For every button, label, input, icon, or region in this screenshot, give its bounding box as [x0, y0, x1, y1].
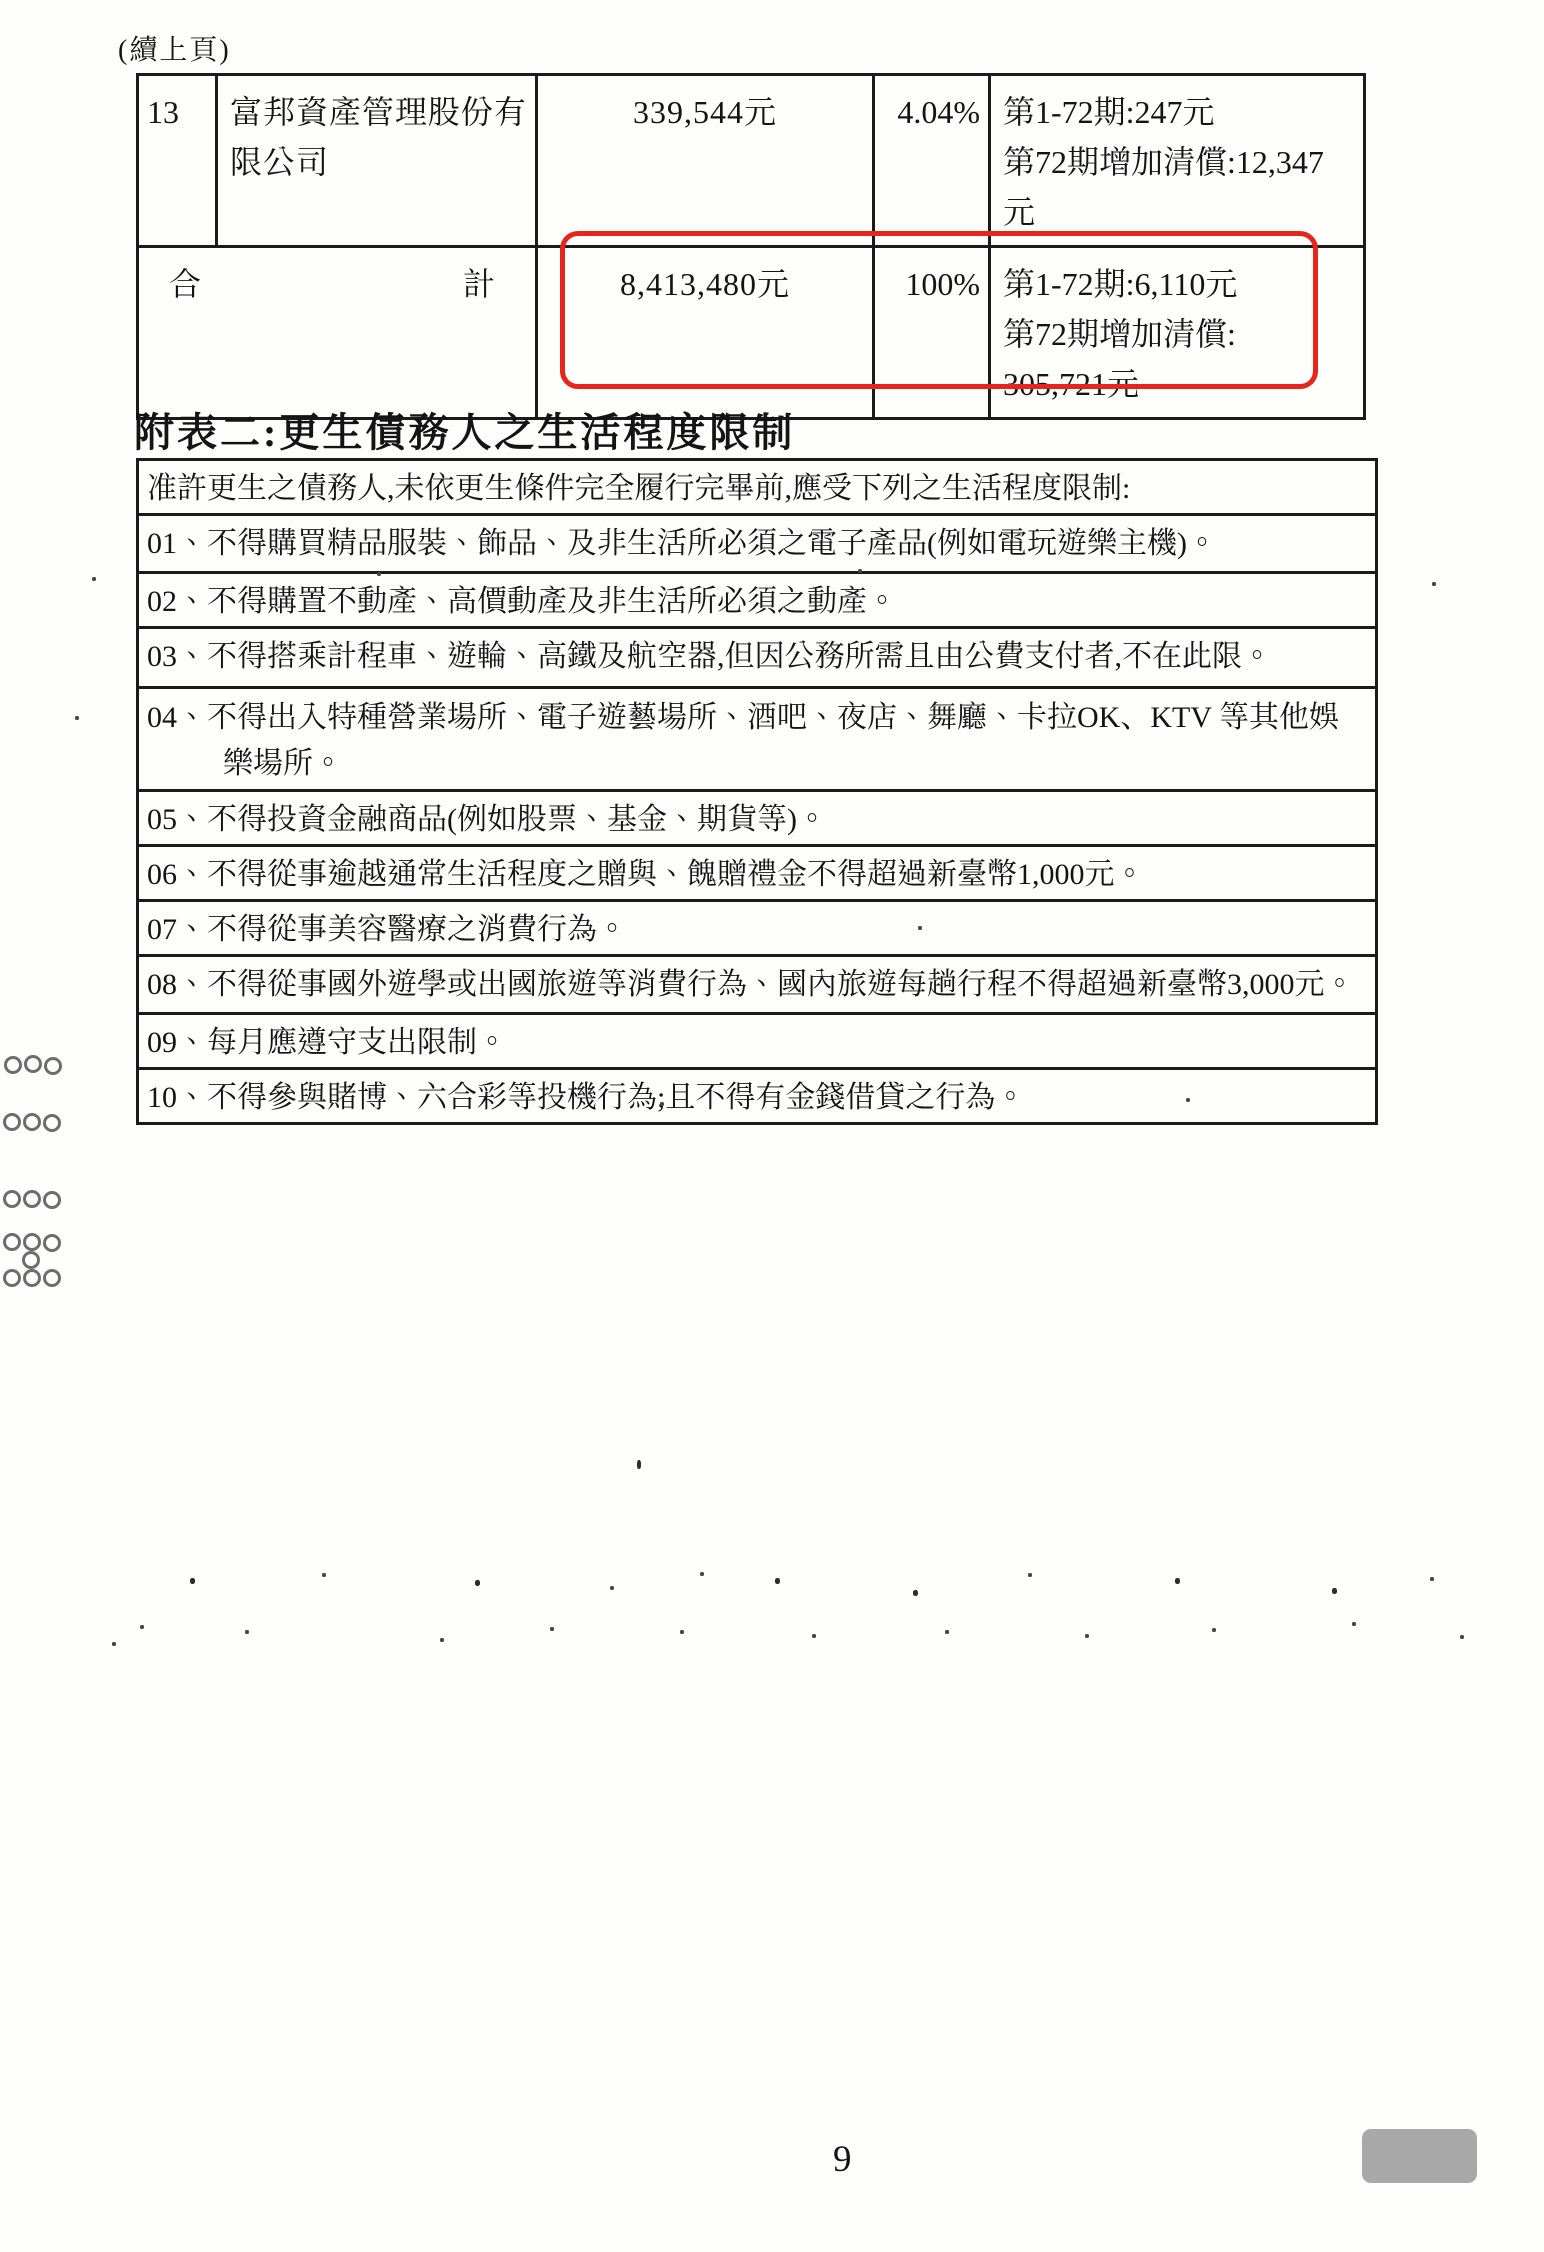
scan-speck — [377, 572, 381, 576]
scan-speck — [1212, 1628, 1216, 1632]
scan-speck — [322, 1573, 326, 1577]
creditor-number-cell: 13 — [138, 75, 217, 247]
punch-hole-icon — [23, 1233, 41, 1251]
punch-hole-icon — [3, 1190, 21, 1208]
creditor-amount-cell: 339,544元 — [537, 75, 874, 247]
scan-speck — [1430, 1577, 1434, 1581]
scan-speck — [858, 569, 862, 573]
restriction-item-text: 07、不得從事美容醫療之消費行為。 — [147, 908, 1367, 952]
scan-speck — [440, 1638, 444, 1642]
total-label-left: 合 — [169, 259, 201, 309]
creditor-row-13: 13 富邦資產管理股份有限公司 339,544元 4.04% 第1-72期:24… — [138, 75, 1365, 247]
restriction-row-05: 05、不得投資金融商品(例如股票、基金、期貨等)。 — [138, 791, 1377, 846]
scan-speck — [1352, 1622, 1356, 1626]
punch-hole-icon — [43, 1114, 61, 1132]
punch-hole-icon — [43, 1191, 61, 1209]
scan-speck — [1186, 1098, 1190, 1102]
restriction-row-03: 03、不得搭乘計程車、遊輪、高鐵及航空器,但因公務所需且由公費支付者,不在此限。 — [138, 628, 1377, 688]
scan-speck — [913, 1590, 918, 1596]
scan-speck — [550, 1627, 554, 1631]
restriction-row-10: 10、不得參與賭博、六合彩等投機行為;且不得有金錢借貸之行為。 — [138, 1069, 1377, 1124]
punch-hole-icon — [3, 1269, 21, 1287]
punch-hole-icon — [23, 1269, 41, 1287]
scan-speck — [660, 1102, 664, 1106]
punch-hole-icon — [43, 1269, 61, 1287]
scan-speck — [775, 1578, 780, 1584]
scan-speck — [637, 1460, 641, 1469]
punch-hole-icon — [3, 1113, 21, 1131]
restriction-row-06: 06、不得從事逾越通常生活程度之贈與、餽贈禮金不得超過新臺幣1,000元。 — [138, 846, 1377, 901]
punch-hole-icon — [44, 1057, 62, 1075]
scan-speck — [1085, 1634, 1089, 1638]
total-label-right: 計 — [463, 259, 495, 309]
restriction-item-text: 03、不得搭乘計程車、遊輪、高鐵及航空器,但因公務所需且由公費支付者,不在此限。 — [147, 635, 1367, 679]
restriction-row-01: 01、不得購買精品服裝、飾品、及非生活所必須之電子產品(例如電玩遊樂主機)。 — [138, 515, 1377, 573]
scan-speck — [700, 1572, 704, 1576]
total-label-cell: 合 計 — [138, 247, 537, 419]
page-number: 9 — [833, 2138, 852, 2181]
scan-speck — [92, 577, 96, 581]
creditor-percent-cell: 4.04% — [874, 75, 990, 247]
scan-speck — [1175, 1578, 1180, 1584]
punch-hole-icon — [23, 1113, 41, 1131]
restriction-item-text: 04、不得出入特種營業場所、電子遊藝場所、酒吧、夜店、舞廳、卡拉OK、KTV 等… — [147, 695, 1367, 787]
scanned-document-page: (續上頁) 13 富邦資產管理股份有限公司 339,544元 4.04% 第1-… — [0, 0, 1544, 2252]
plan-line: 第1-72期:247元 — [1003, 87, 1362, 137]
scan-speck — [583, 930, 587, 934]
restriction-item-text: 02、不得購置不動產、高價動產及非生活所必須之動產。 — [147, 580, 1367, 624]
restriction-item-text: 09、每月應遵守支出限制。 — [147, 1021, 1367, 1065]
restriction-row-02: 02、不得購置不動產、高價動產及非生活所必須之動產。 — [138, 573, 1377, 628]
restriction-item-text: 10、不得參與賭博、六合彩等投機行為;且不得有金錢借貸之行為。 — [147, 1076, 1367, 1120]
restriction-item-text: 08、不得從事國外遊學或出國旅遊等消費行為、國內旅遊每趟行程不得超過新臺幣3,0… — [147, 963, 1367, 1007]
punch-hole-icon — [4, 1056, 22, 1074]
restriction-item-text: 01、不得購買精品服裝、飾品、及非生活所必須之電子產品(例如電玩遊樂主機)。 — [147, 522, 1367, 566]
restriction-row-07: 07、不得從事美容醫療之消費行為。 — [138, 901, 1377, 956]
restriction-row-04: 04、不得出入特種營業場所、電子遊藝場所、酒吧、夜店、舞廳、卡拉OK、KTV 等… — [138, 688, 1377, 791]
scan-speck — [1332, 1588, 1337, 1594]
scan-speck — [75, 716, 79, 720]
annex2-heading: 附表二:更生債務人之生活程度限制 — [134, 401, 795, 458]
scan-speck — [610, 1586, 614, 1590]
lifestyle-restriction-table: 准許更生之債務人,未依更生條件完全履行完畢前,應受下列之生活程度限制: 01、不… — [136, 458, 1378, 1125]
scan-speck — [1460, 1635, 1464, 1639]
scan-speck — [245, 1630, 249, 1634]
scan-speck — [140, 1625, 144, 1629]
creditor-repayment-plan-cell: 第1-72期:247元 第72期增加清償:12,347 元 — [990, 75, 1365, 247]
scan-speck — [475, 1580, 480, 1586]
scan-speck — [190, 1578, 195, 1584]
scan-speck — [812, 1634, 816, 1638]
punch-hole-icon — [22, 1251, 40, 1269]
creditor-name-cell: 富邦資產管理股份有限公司 — [217, 75, 537, 247]
restriction-row-08: 08、不得從事國外遊學或出國旅遊等消費行為、國內旅遊每趟行程不得超過新臺幣3,0… — [138, 956, 1377, 1014]
punch-hole-icon — [43, 1234, 61, 1252]
scan-speck — [1432, 582, 1436, 586]
scan-speck — [680, 1630, 684, 1634]
plan-line: 元 — [1003, 187, 1362, 237]
red-highlight-annotation — [560, 231, 1318, 389]
punch-hole-icon — [3, 1233, 21, 1251]
continued-from-previous-page-label: (續上頁) — [118, 28, 231, 68]
restriction-row-09: 09、每月應遵守支出限制。 — [138, 1014, 1377, 1069]
restriction-intro-row: 准許更生之債務人,未依更生條件完全履行完畢前,應受下列之生活程度限制: — [138, 460, 1377, 515]
scan-speck — [945, 1630, 949, 1634]
plan-line: 第72期增加清償:12,347 — [1003, 137, 1362, 187]
restriction-item-text: 06、不得從事逾越通常生活程度之贈與、餽贈禮金不得超過新臺幣1,000元。 — [147, 853, 1367, 897]
restriction-intro-text: 准許更生之債務人,未依更生條件完全履行完畢前,應受下列之生活程度限制: — [147, 467, 1367, 511]
punch-hole-icon — [23, 1190, 41, 1208]
gray-redaction-sticker — [1362, 2129, 1477, 2183]
restriction-item-text: 05、不得投資金融商品(例如股票、基金、期貨等)。 — [147, 798, 1367, 842]
scan-speck — [112, 1642, 116, 1646]
scan-speck — [918, 926, 922, 930]
scan-speck — [1028, 1573, 1032, 1577]
punch-hole-icon — [24, 1055, 42, 1073]
